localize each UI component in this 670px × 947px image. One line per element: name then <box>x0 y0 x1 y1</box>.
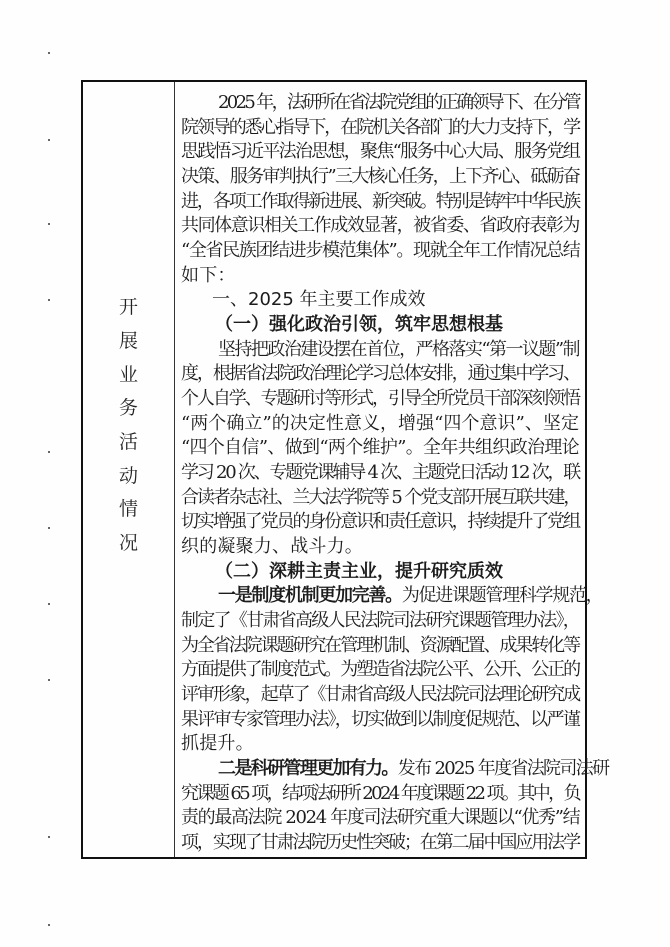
paragraph-line: 学习 20 次、专题党课辅导 4 次、主题党日活动 12 次，联 <box>181 461 579 485</box>
label-char: 务 <box>83 398 174 418</box>
paragraph-line: 个人自学、专题研讨等形式，引导全所党员干部深刻领悟 <box>181 387 579 411</box>
paragraph-line: 为全省法院课题研究在管理机制、资源配置、成果转化等 <box>181 634 579 658</box>
paragraph-line: 思践悟习近平法治思想，聚焦“服务中心大局、服务党组 <box>181 140 579 164</box>
subsection-heading: （一）强化政治引领，筑牢思想根基 <box>215 313 503 337</box>
section-heading: 一、2025 年主要工作成效 <box>212 288 426 312</box>
label-char: 开 <box>83 297 174 317</box>
label-char: 业 <box>83 365 174 385</box>
paragraph-line: 方面提供了制度范式。为塑造省法院公平、公开、公正的 <box>181 658 579 682</box>
paragraph-line: 项，实现了甘肃法院历史性突破；在第二届中国应用法学 <box>181 831 579 855</box>
paragraph-line: 果评审专家管理办法》，切实做到以制度促规范、以严谨 <box>181 708 579 732</box>
label-char: 情 <box>83 499 174 519</box>
label-char: 展 <box>83 331 174 351</box>
paragraph-line: 一是制度机制更加完善。为促进课题管理科学规范， <box>218 584 579 608</box>
paragraph-line: 度，根据省法院政治理论学习总体安排，通过集中学习、 <box>181 362 579 386</box>
paragraph-line: 织的凝聚力、战斗力。 <box>181 535 579 559</box>
content-cell: 2025 年，法研所在省法院党组的正确领导下、在分管 院领导的悉心指导下，在院机… <box>175 82 585 857</box>
paragraph-line: 评审形象，起草了《甘肃省高级人民法院司法理论研究成 <box>181 683 579 707</box>
line-text: 发布 2025 年度省法院司法研 <box>398 758 609 779</box>
label-char: 况 <box>83 533 174 553</box>
label-char: 活 <box>83 432 174 452</box>
activity-report-table: 开 展 业 务 活 动 情 况 2025 年，法研所在省法院党组的正确领导下、在… <box>81 80 587 859</box>
paragraph-line: 坚持把政治建设摆在首位，严格落实“第一议题”制 <box>218 338 579 362</box>
paragraph-line: “四个自信”、做到“两个维护”。全年共组织政治理论 <box>181 436 579 460</box>
binding-dot <box>48 52 50 54</box>
document-page: 开 展 业 务 活 动 情 况 2025 年，法研所在省法院党组的正确领导下、在… <box>0 0 670 947</box>
paragraph-line: 切实增强了党员的身份意识和责任意识，持续提升了党组 <box>181 510 579 534</box>
paragraph-line: 2025 年，法研所在省法院党组的正确领导下、在分管 <box>218 91 579 115</box>
paragraph-line: 责的最高法院 2024 年度司法研究重大课题以“优秀”结 <box>181 806 579 830</box>
binding-dot <box>48 299 50 301</box>
paragraph-line: 决策、服务审判执行”三大核心任务，上下齐心、砥砺奋 <box>181 165 579 189</box>
paragraph-line: 制定了《甘肃省高级人民法院司法研究课题管理办法》， <box>181 609 579 633</box>
paragraph-line: 究课题 65 项，结项法研所 2024 年度课题 22 项。其中，负 <box>181 782 579 806</box>
line-text: 为促进课题管理科学规范， <box>402 585 603 606</box>
binding-dot <box>48 451 50 453</box>
row-label-cell: 开 展 业 务 活 动 情 况 <box>83 82 174 857</box>
paragraph-line: 进，各项工作取得新进展、新突破。特别是铸牢中华民族 <box>181 190 579 214</box>
paragraph-line: “两个确立”的决定性意义，增强“四个意识”、坚定 <box>181 412 579 436</box>
paragraph-line: 抓提升。 <box>181 732 579 756</box>
binding-dot <box>48 139 50 141</box>
paragraph-line: 院领导的悉心指导下，在院机关各部门的大力支持下，学 <box>181 116 579 140</box>
binding-dot <box>48 679 50 681</box>
binding-dot <box>48 223 50 225</box>
binding-dot <box>48 603 50 605</box>
label-char: 动 <box>83 466 174 486</box>
paragraph-line: 共同体意识相关工作成效显著，被省委、省政府表彰为 <box>181 214 579 238</box>
paragraph-line: 如下： <box>181 264 579 288</box>
paragraph-line: 合读者杂志社、兰大法学院等 5 个党支部开展互联共建， <box>181 486 579 510</box>
lead-in-bold: 二是科研管理更加有力。 <box>218 758 398 779</box>
paragraph-line: 二是科研管理更加有力。发布 2025 年度省法院司法研 <box>218 757 579 781</box>
binding-dot <box>48 924 50 926</box>
binding-dot <box>48 527 50 529</box>
binding-dot <box>48 836 50 838</box>
lead-in-bold: 一是制度机制更加完善。 <box>218 585 402 606</box>
subsection-heading: （二）深耕主责主业，提升研究质效 <box>215 560 503 584</box>
paragraph-line: “全省民族团结进步模范集体”。现就全年工作情况总结 <box>181 239 579 263</box>
